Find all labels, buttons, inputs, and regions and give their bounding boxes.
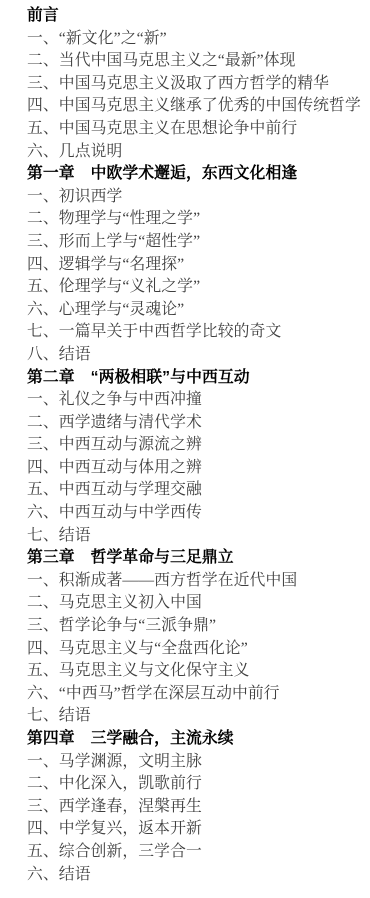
toc-item: 一、礼仪之争与中西冲撞 — [27, 389, 364, 412]
toc: 前言一、“新文化”之“新”二、当代中国马克思主义之“最新”体现三、中国马克思主义… — [27, 5, 364, 886]
toc-item: 三、哲学论争与“三派争鼎” — [27, 615, 364, 638]
toc-item: 二、物理学与“性理之学” — [27, 208, 364, 231]
toc-item: 二、西学遗绪与清代学术 — [27, 412, 364, 435]
toc-section-heading: 第一章 中欧学术邂逅，东西文化相逢 — [27, 163, 364, 186]
toc-item: 七、一篇早关于中西哲学比较的奇文 — [27, 321, 364, 344]
toc-item: 八、结语 — [27, 344, 364, 367]
toc-item: 六、结语 — [27, 864, 364, 887]
toc-item: 四、马克思主义与“全盘西化论” — [27, 638, 364, 661]
toc-item: 七、结语 — [27, 705, 364, 728]
toc-item: 二、马克思主义初入中国 — [27, 592, 364, 615]
toc-item: 六、心理学与“灵魂论” — [27, 299, 364, 322]
toc-item: 三、中国马克思主义汲取了西方哲学的精华 — [27, 73, 364, 96]
toc-item: 三、中西互动与源流之辨 — [27, 434, 364, 457]
toc-item: 四、中西互动与体用之辨 — [27, 457, 364, 480]
toc-item: 四、中国马克思主义继承了优秀的中国传统哲学 — [27, 95, 364, 118]
toc-item: 二、当代中国马克思主义之“最新”体现 — [27, 50, 364, 73]
toc-item: 五、中国马克思主义在思想论争中前行 — [27, 118, 364, 141]
toc-item: 三、西学逢春，涅槃再生 — [27, 796, 364, 819]
toc-section-heading: 第二章 “两极相联”与中西互动 — [27, 367, 364, 390]
toc-item: 五、中西互动与学理交融 — [27, 479, 364, 502]
toc-section-heading: 第四章 三学融合，主流永续 — [27, 728, 364, 751]
toc-item: 六、“中西马”哲学在深层互动中前行 — [27, 683, 364, 706]
toc-item: 一、马学渊源，文明主脉 — [27, 751, 364, 774]
toc-item: 五、综合创新，三学合一 — [27, 841, 364, 864]
toc-item: 七、结语 — [27, 525, 364, 548]
toc-item: 一、“新文化”之“新” — [27, 28, 364, 51]
document-page: 前言一、“新文化”之“新”二、当代中国马克思主义之“最新”体现三、中国马克思主义… — [0, 0, 370, 898]
toc-item: 一、积渐成著——西方哲学在近代中国 — [27, 570, 364, 593]
toc-item: 四、中学复兴，返本开新 — [27, 818, 364, 841]
toc-item: 六、中西互动与中学西传 — [27, 502, 364, 525]
toc-item: 五、马克思主义与文化保守主义 — [27, 660, 364, 683]
toc-section-heading: 第三章 哲学革命与三足鼎立 — [27, 547, 364, 570]
toc-item: 六、几点说明 — [27, 141, 364, 164]
toc-item: 一、初识西学 — [27, 186, 364, 209]
toc-item: 二、中化深入，凯歌前行 — [27, 773, 364, 796]
toc-item: 五、伦理学与“义礼之学” — [27, 276, 364, 299]
toc-section-heading: 前言 — [27, 5, 364, 28]
toc-item: 四、逻辑学与“名理探” — [27, 254, 364, 277]
toc-item: 三、形而上学与“超性学” — [27, 231, 364, 254]
